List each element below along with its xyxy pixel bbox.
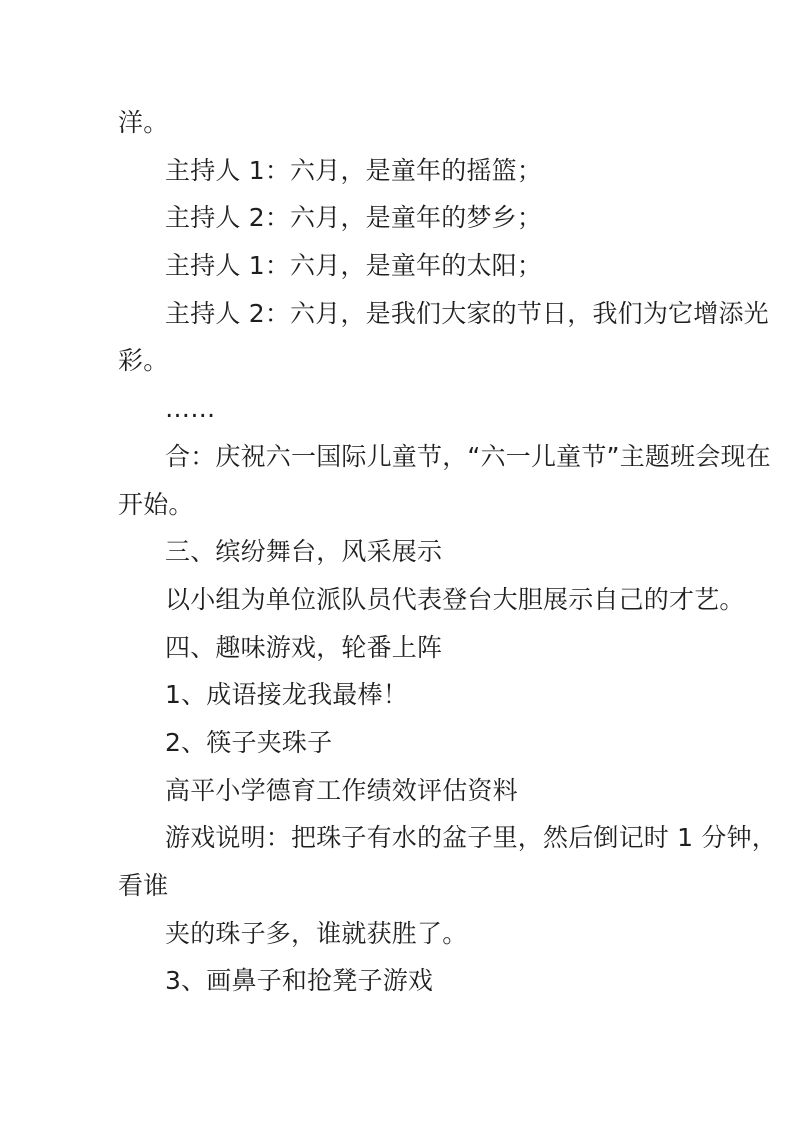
text-line list-item: 3、画鼻子和抢凳子游戏 — [118, 957, 738, 1005]
text-line list-item: 2、筷子夹珠子 — [118, 719, 738, 767]
text-line section-heading: 四、趣味游戏，轮番上阵 — [118, 624, 738, 672]
text-line: 洋。 — [118, 99, 738, 147]
text-line: 主持人 2：六月，是我们大家的节日，我们为它增添光 — [118, 290, 738, 338]
text-line: 夹的珠子多，谁就获胜了。 — [118, 910, 738, 958]
text-line: 以小组为单位派队员代表登台大胆展示自己的才艺。 — [118, 576, 738, 624]
text-line section-heading: 三、缤纷舞台，风采展示 — [118, 528, 738, 576]
text-line list-item: 1、成语接龙我最棒！ — [118, 671, 738, 719]
text-line: 游戏说明：把珠子有水的盆子里，然后倒记时 1 分钟， — [118, 814, 738, 862]
text-line: 彩。 — [118, 337, 738, 385]
text-line: 开始。 — [118, 481, 738, 529]
text-line: 主持人 1：六月，是童年的摇篮； — [118, 147, 738, 195]
text-line: 主持人 1：六月，是童年的太阳； — [118, 242, 738, 290]
document-body: 洋。 主持人 1：六月，是童年的摇篮； 主持人 2：六月，是童年的梦乡； 主持人… — [118, 99, 738, 1005]
text-line: 主持人 2：六月，是童年的梦乡； — [118, 194, 738, 242]
text-line: 合：庆祝六一国际儿童节，“六一儿童节”主题班会现在 — [118, 433, 738, 481]
text-line ellipsis-line: …… — [118, 385, 738, 433]
document-page: 洋。 主持人 1：六月，是童年的摇篮； 主持人 2：六月，是童年的梦乡； 主持人… — [0, 0, 793, 1122]
text-line: 看谁 — [118, 862, 738, 910]
text-line: 高平小学德育工作绩效评估资料 — [118, 767, 738, 815]
